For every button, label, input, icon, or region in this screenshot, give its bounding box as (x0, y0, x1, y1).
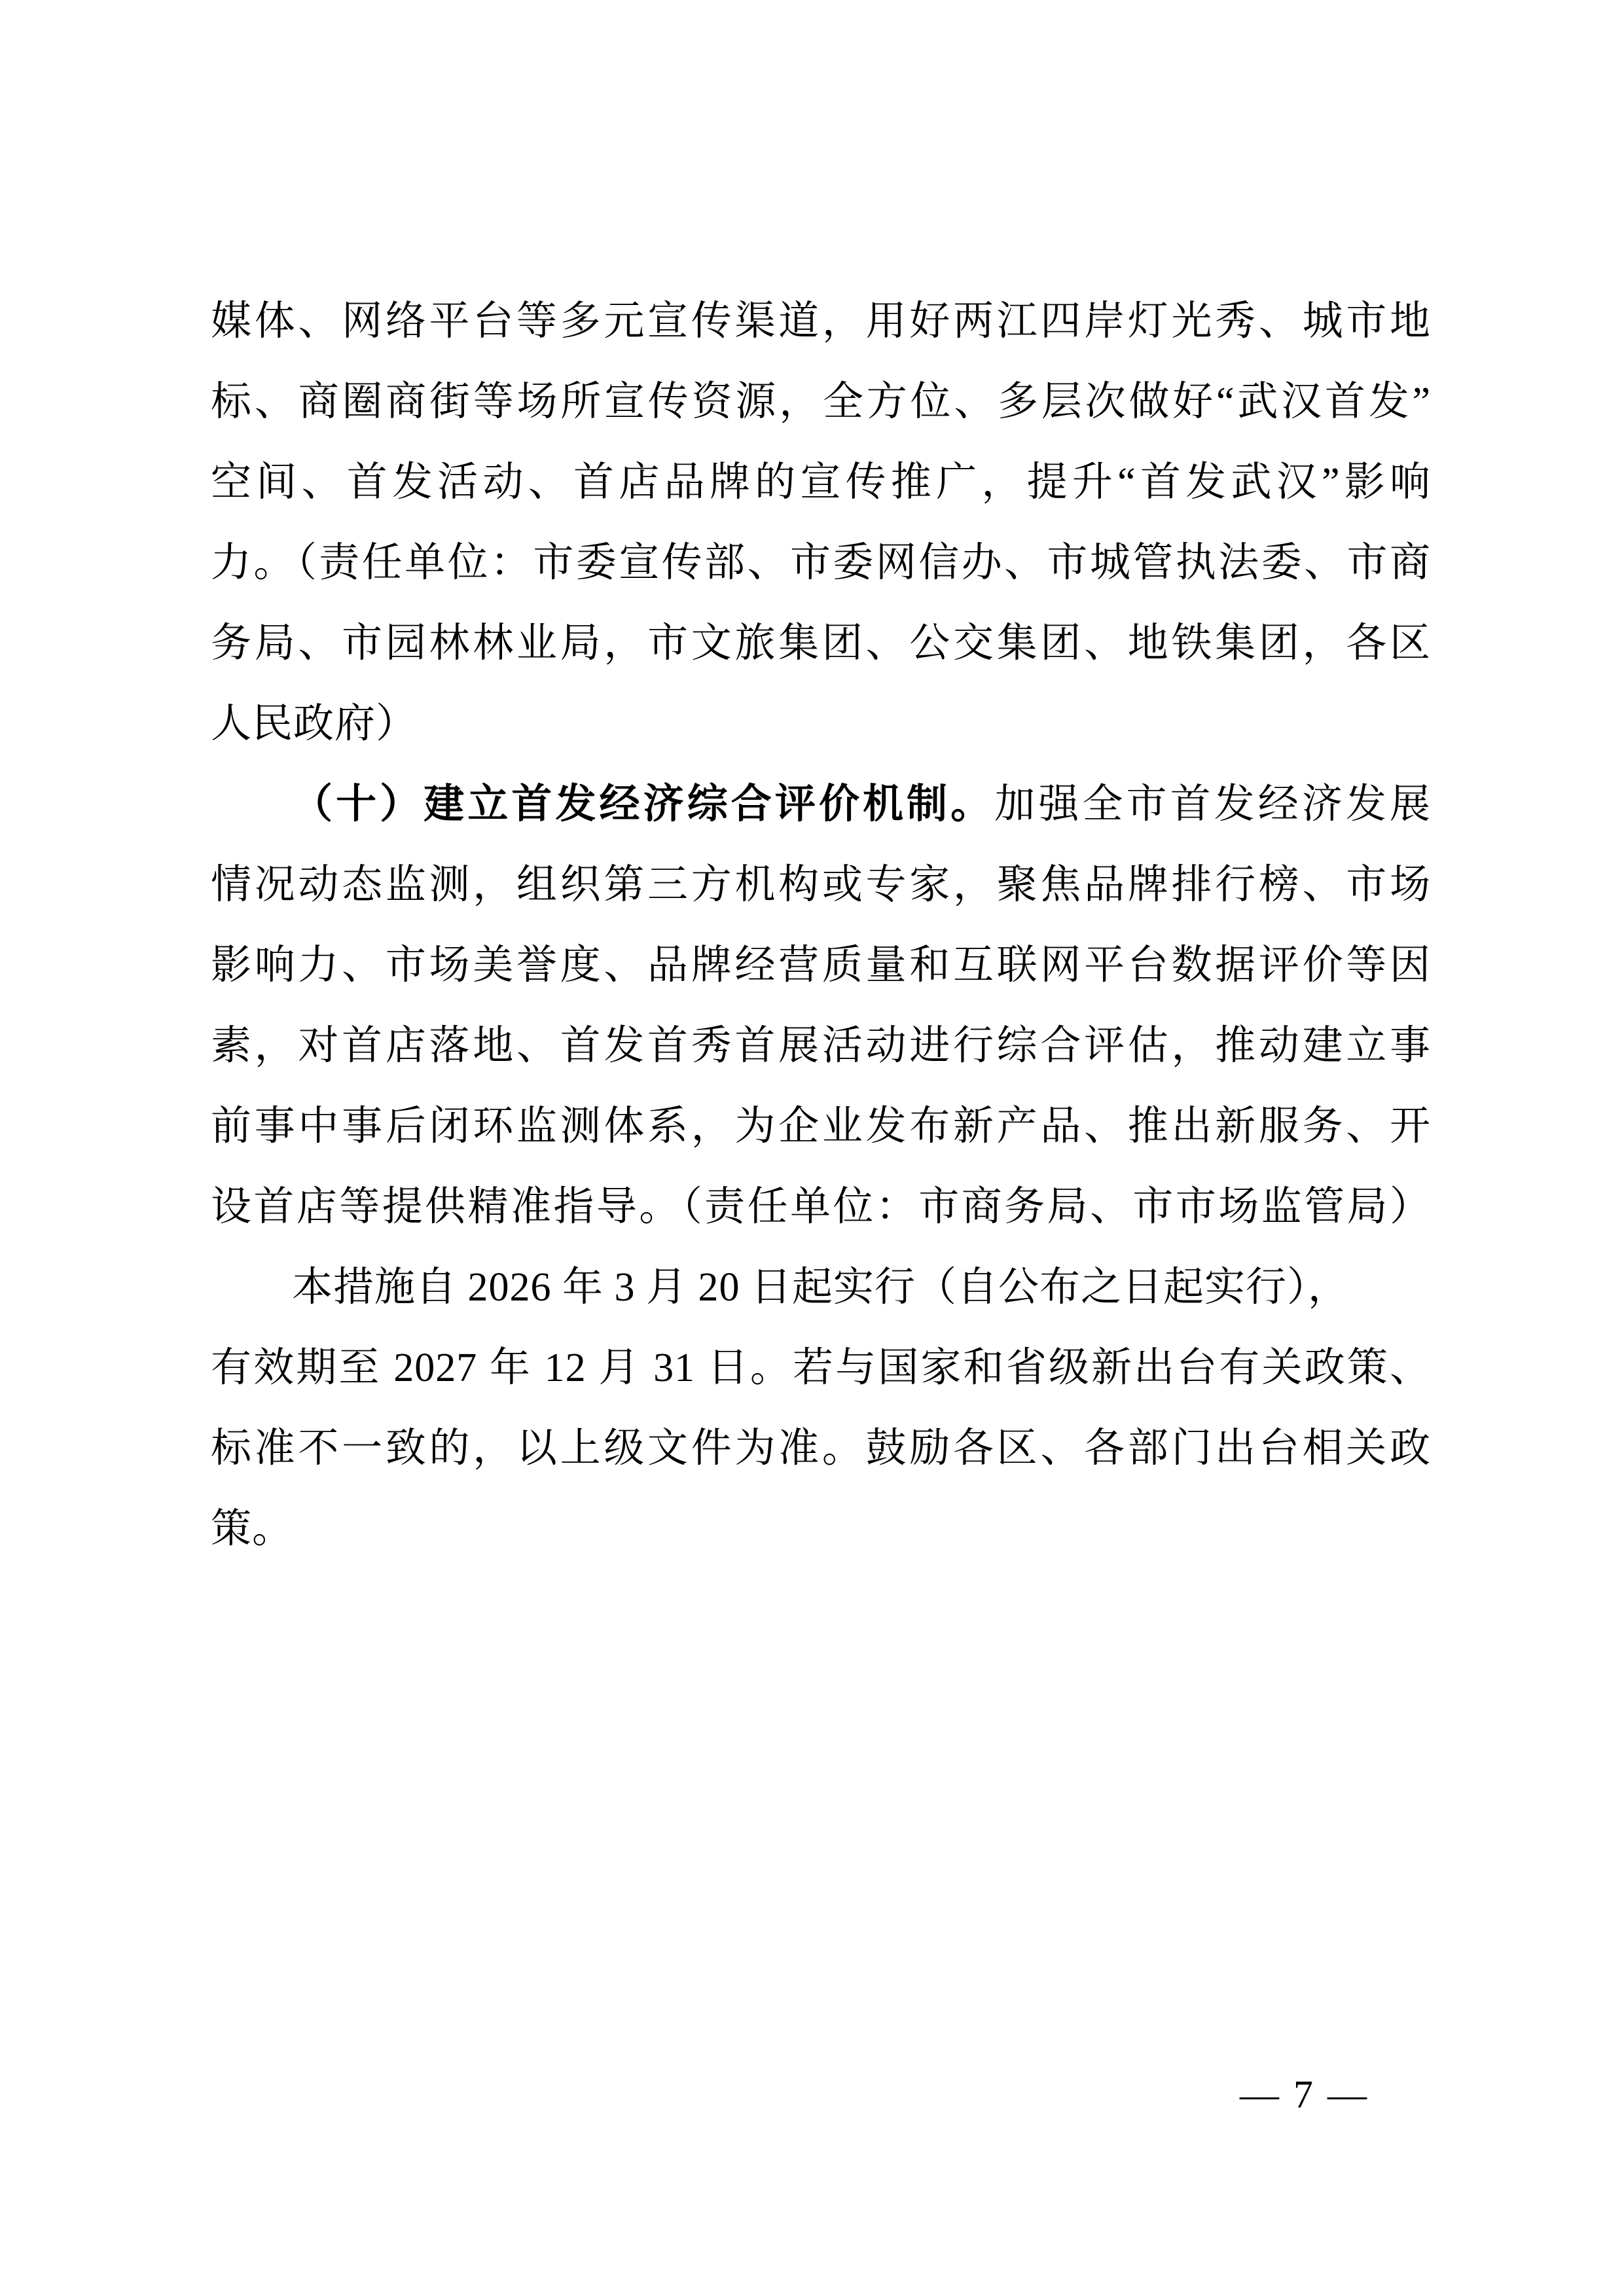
page-footer: — 7 — (1240, 2068, 1367, 2121)
document-page: 媒体、网络平台等多元宣传渠道，用好两江四岸灯光秀、城市地 标、商圈商街等场所宣传… (0, 0, 1624, 2296)
text-line: 力。（责任单位：市委宣传部、市委网信办、市城管执法委、市商 (211, 523, 1431, 603)
text-line: 空间、首发活动、首店品牌的宣传推广，提升“首发武汉”影响 (211, 442, 1431, 523)
text-line: 媒体、网络平台等多元宣传渠道，用好两江四岸灯光秀、城市地 (211, 281, 1431, 362)
footer-dash-right: — (1327, 2068, 1367, 2121)
paragraph: 媒体、网络平台等多元宣传渠道，用好两江四岸灯光秀、城市地 标、商圈商街等场所宣传… (211, 281, 1431, 764)
text-line: 影响力、市场美誉度、品牌经营质量和互联网平台数据评价等因 (211, 925, 1431, 1006)
text-line: 情况动态监测，组织第三方机构或专家，聚焦品牌排行榜、市场 (211, 845, 1431, 925)
text-line: 标、商圈商街等场所宣传资源，全方位、多层次做好“武汉首发” (211, 362, 1431, 442)
page-number: 7 (1293, 2068, 1313, 2121)
document-text-block: 媒体、网络平台等多元宣传渠道，用好两江四岸灯光秀、城市地 标、商圈商街等场所宣传… (211, 281, 1431, 1570)
text-run: 加强全市首发经济发展 (994, 782, 1431, 827)
text-line: 标准不一致的，以上级文件为准。鼓励各区、各部门出台相关政 (211, 1408, 1431, 1489)
text-line: 有效期至 2027 年 12 月 31 日。若与国家和省级新出台有关政策、 (211, 1328, 1431, 1408)
paragraph: （十）建立首发经济综合评价机制。加强全市首发经济发展 情况动态监测，组织第三方机… (211, 764, 1431, 1247)
section-heading: （十）建立首发经济综合评价机制。 (292, 782, 994, 827)
footer-dash-left: — (1240, 2068, 1279, 2121)
text-line: （十）建立首发经济综合评价机制。加强全市首发经济发展 (211, 764, 1431, 845)
text-line: 素，对首店落地、首发首秀首展活动进行综合评估，推动建立事 (211, 1006, 1431, 1086)
text-line: 务局、市园林林业局，市文旅集团、公交集团、地铁集团，各区 (211, 603, 1431, 684)
text-line: 前事中事后闭环监测体系，为企业发布新产品、推出新服务、开 (211, 1086, 1431, 1167)
text-line: 策。 (211, 1489, 1431, 1570)
text-line: 本措施自 2026 年 3 月 20 日起实行（自公布之日起实行）， (211, 1247, 1431, 1328)
text-line: 人民政府） (211, 684, 1431, 764)
text-line: 设首店等提供精准指导。（责任单位：市商务局、市市场监管局） (211, 1167, 1431, 1247)
paragraph: 本措施自 2026 年 3 月 20 日起实行（自公布之日起实行）， 有效期至 … (211, 1247, 1431, 1570)
